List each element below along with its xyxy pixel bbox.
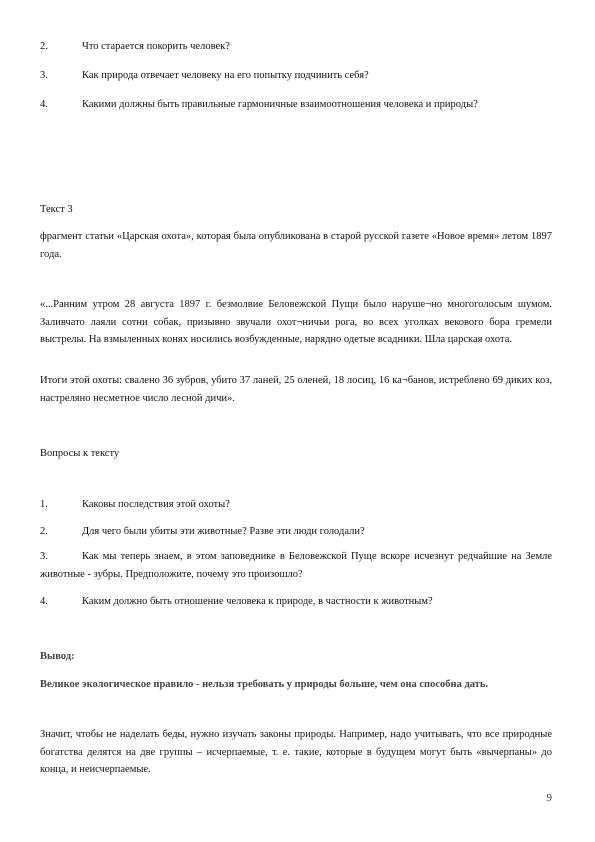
text3-paragraph: Итоги этой охоты: свалено 36 зубров, уби… [40, 372, 552, 407]
section-heading: Текст 3 [40, 203, 73, 217]
question-item: 4.Каким должно быть отношение человека к… [40, 595, 433, 609]
question-number: 1. [40, 498, 82, 512]
questions-heading: Вопросы к тексту [40, 447, 119, 461]
question-number: 4. [40, 595, 82, 609]
question-text: Каким должно быть отношение человека к п… [82, 596, 433, 607]
document-page: 2.Что старается покорить человек? 3.Как … [0, 0, 595, 842]
question-text: Для чего были убиты эти животные? Разве … [82, 526, 365, 537]
question-number: 2. [40, 40, 82, 54]
question-text: Каковы последствия этой охоты? [82, 499, 230, 510]
closing-paragraph: Значит, чтобы не наделать беды, нужно из… [40, 726, 552, 779]
question-item: 2.Для чего были убиты эти животные? Разв… [40, 525, 365, 539]
question-number: 4. [40, 98, 82, 112]
question-text: Что старается покорить человек? [82, 41, 230, 52]
ecological-rule: Великое экологическое правило - нельзя т… [40, 678, 488, 692]
question-number: 3. [40, 548, 82, 566]
question-text: Какими должны быть правильные гармоничны… [82, 99, 478, 110]
question-item: 3.Как природа отвечает человеку на его п… [40, 69, 369, 83]
question-number: 2. [40, 525, 82, 539]
question-item: 3.Как мы теперь знаем, в этом заповедник… [40, 548, 552, 583]
question-item: 1.Каковы последствия этой охоты? [40, 498, 230, 512]
question-item: 4.Какими должны быть правильные гармонич… [40, 98, 478, 112]
text3-intro: фрагмент статьи «Царская охота», которая… [40, 228, 552, 263]
question-number: 3. [40, 69, 82, 83]
conclusion-heading: Вывод: [40, 650, 75, 664]
text3-paragraph: «...Ранним утром 28 августа 1897 г. безм… [40, 296, 552, 349]
question-item: 2.Что старается покорить человек? [40, 40, 230, 54]
page-number: 9 [547, 792, 553, 804]
question-text: Как мы теперь знаем, в этом заповеднике … [40, 551, 552, 580]
question-text: Как природа отвечает человеку на его поп… [82, 70, 369, 81]
